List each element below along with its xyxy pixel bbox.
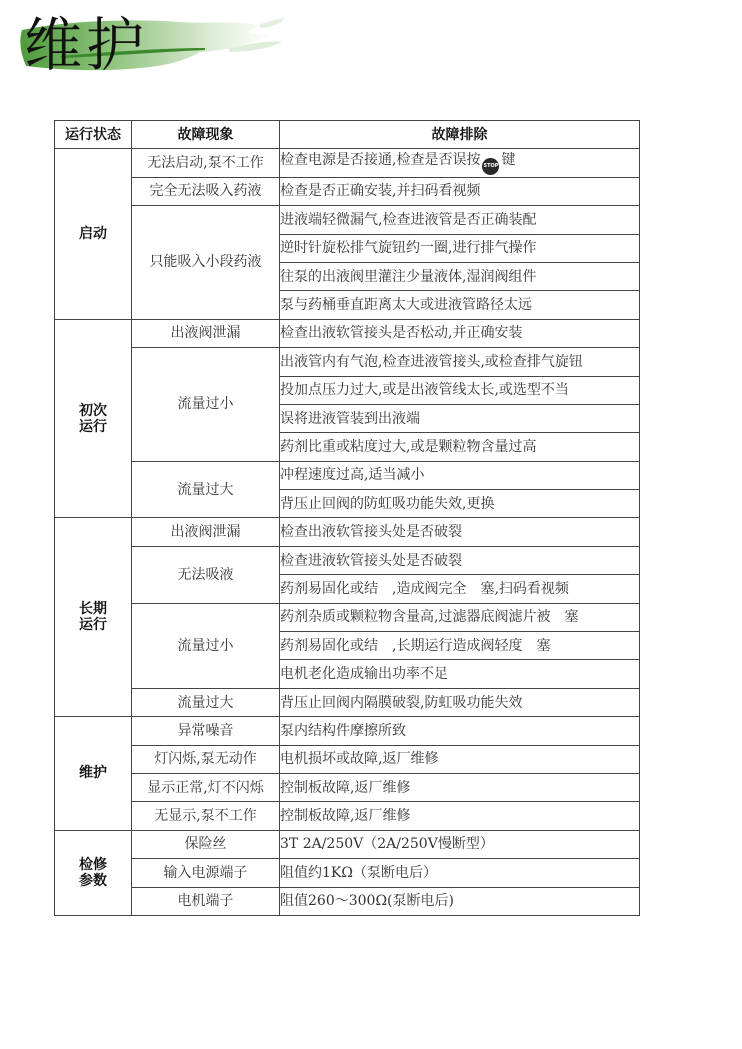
stop-button-icon: STOP [482,158,499,175]
remedy-cell: 检查是否正确安装,并扫码看视频 [280,177,640,205]
symptom-cell: 无法启动,泵不工作 [132,149,280,177]
remedy-text: 检查电源是否接通,检查是否误按 [280,152,480,168]
symptom-cell: 流量过大 [132,461,280,518]
remedy-cell: 药剂杂质或颗粒物含量高,过滤器底阀滤片被 塞 [280,603,640,631]
remedy-cell: 控制板故障,返厂维修 [280,802,640,830]
symptom-cell: 显示正常,灯不闪烁 [132,773,280,801]
state-cell-startup: 启动 [55,149,132,319]
remedy-cell: 背压止回阀内隔膜破裂,防虹吸功能失效 [280,688,640,716]
remedy-cell: 阻值约1KΩ（泵断电后） [280,859,640,887]
remedy-cell: 3T 2A/250V（2A/250V慢断型） [280,830,640,858]
table-row: 完全无法吸入药液 检查是否正确安装,并扫码看视频 [55,177,640,205]
remedy-cell: 冲程速度过高,适当减小 [280,461,640,489]
symptom-cell: 灯闪烁,泵无动作 [132,745,280,773]
symptom-cell: 出液阀泄漏 [132,319,280,347]
table-row: 流量过大 背压止回阀内隔膜破裂,防虹吸功能失效 [55,688,640,716]
table-row: 电机端子 阻值260～300Ω(泵断电后) [55,887,640,915]
state-label-line2: 运行 [79,419,107,435]
table-row: 无法吸液 检查进液软管接头处是否破裂 [55,546,640,574]
table-row: 流量过小 药剂杂质或颗粒物含量高,过滤器底阀滤片被 塞 [55,603,640,631]
remedy-cell: 药剂易固化或结 ,长期运行造成阀轻度 塞 [280,632,640,660]
remedy-cell: 药剂比重或粘度过大,或是颗粒物含量过高 [280,433,640,461]
symptom-cell: 异常噪音 [132,717,280,745]
remedy-cell: 泵与药桶垂直距离太大或进液管路径太远 [280,291,640,319]
remedy-cell: 往泵的出液阀里灌注少量液体,湿润阀组件 [280,262,640,290]
page-title: 维护 [24,10,148,80]
table-header-row: 运行状态 故障现象 故障排除 [55,121,640,149]
symptom-cell: 完全无法吸入药液 [132,177,280,205]
state-cell-service-params: 检修参数 [55,830,132,915]
table-row: 启动 无法启动,泵不工作 检查电源是否接通,检查是否误按STOP键 [55,149,640,177]
state-cell-maintenance: 维护 [55,717,132,831]
remedy-text-suffix: 键 [501,152,515,168]
remedy-cell: 药剂易固化或结 ,造成阀完全 塞,扫码看视频 [280,575,640,603]
state-label-line1: 检修 [79,857,107,873]
remedy-cell: 电机老化造成输出功率不足 [280,660,640,688]
header-symptom: 故障现象 [132,121,280,149]
symptom-cell: 只能吸入小段药液 [132,206,280,320]
remedy-cell: 逆时针旋松排气旋钮约一圈,进行排气操作 [280,234,640,262]
table-row: 长期运行 出液阀泄漏 检查出液软管接头处是否破裂 [55,518,640,546]
table-row: 输入电源端子 阻值约1KΩ（泵断电后） [55,859,640,887]
table-row: 只能吸入小段药液 进液端轻微漏气,检查进液管是否正确装配 [55,206,640,234]
symptom-cell: 出液阀泄漏 [132,518,280,546]
table-row: 显示正常,灯不闪烁 控制板故障,返厂维修 [55,773,640,801]
remedy-cell: 电机损坏或故障,返厂维修 [280,745,640,773]
table-row: 初次运行 出液阀泄漏 检查出液软管接头是否松动,并正确安装 [55,319,640,347]
remedy-cell: 泵内结构件摩擦所致 [280,717,640,745]
symptom-cell: 电机端子 [132,887,280,915]
table-row: 无显示,泵不工作 控制板故障,返厂维修 [55,802,640,830]
remedy-cell: 检查电源是否接通,检查是否误按STOP键 [280,149,640,177]
symptom-cell: 流量过大 [132,688,280,716]
remedy-cell: 出液管内有气泡,检查进液管接头,或检查排气旋钮 [280,348,640,376]
table-row: 维护 异常噪音 泵内结构件摩擦所致 [55,717,640,745]
page-header: 维护 [0,0,300,90]
remedy-cell: 检查出液软管接头是否松动,并正确安装 [280,319,640,347]
remedy-cell: 投加点压力过大,或是出液管线太长,或选型不当 [280,376,640,404]
remedy-cell: 控制板故障,返厂维修 [280,773,640,801]
table-row: 流量过小 出液管内有气泡,检查进液管接头,或检查排气旋钮 [55,348,640,376]
state-label-line1: 长期 [79,601,107,617]
table-row: 检修参数 保险丝 3T 2A/250V（2A/250V慢断型） [55,830,640,858]
symptom-cell: 流量过小 [132,348,280,462]
remedy-cell: 背压止回阀的防虹吸功能失效,更换 [280,490,640,518]
symptom-cell: 流量过小 [132,603,280,688]
symptom-cell: 输入电源端子 [132,859,280,887]
table-row: 灯闪烁,泵无动作 电机损坏或故障,返厂维修 [55,745,640,773]
state-label-line2: 运行 [79,617,107,633]
state-cell-initial-run: 初次运行 [55,319,132,518]
troubleshooting-table: 运行状态 故障现象 故障排除 启动 无法启动,泵不工作 检查电源是否接通,检查是… [54,120,640,916]
remedy-cell: 阻值260～300Ω(泵断电后) [280,887,640,915]
remedy-cell: 检查进液软管接头处是否破裂 [280,546,640,574]
symptom-cell: 无显示,泵不工作 [132,802,280,830]
remedy-cell: 进液端轻微漏气,检查进液管是否正确装配 [280,206,640,234]
state-label-line1: 初次 [79,403,107,419]
state-cell-long-term-run: 长期运行 [55,518,132,717]
remedy-cell: 误将进液管装到出液端 [280,404,640,432]
state-label-line2: 参数 [79,873,107,889]
symptom-cell: 保险丝 [132,830,280,858]
remedy-cell: 检查出液软管接头处是否破裂 [280,518,640,546]
header-remedy: 故障排除 [280,121,640,149]
table-row: 流量过大 冲程速度过高,适当减小 [55,461,640,489]
symptom-cell: 无法吸液 [132,546,280,603]
header-run-state: 运行状态 [55,121,132,149]
state-label: 维护 [79,765,107,781]
state-label: 启动 [79,226,107,242]
